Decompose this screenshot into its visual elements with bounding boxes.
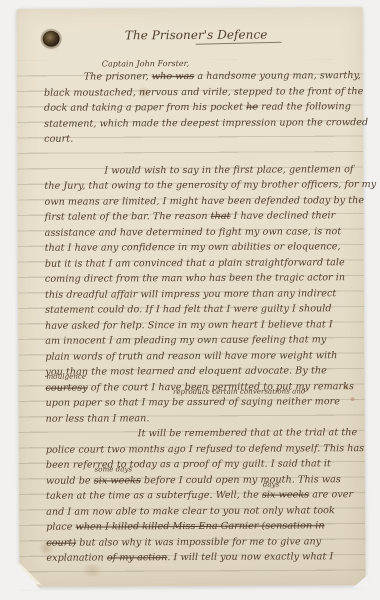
manuscript-line: statement, which made the deepest impres… — [44, 115, 351, 132]
manuscript-line: The prisoner, who was a handsome young m… — [44, 68, 351, 85]
text-segment: statement, which made the deepest impres… — [44, 117, 368, 130]
manuscript-line: upon paper so that I may be assured of s… — [46, 394, 353, 411]
text-segment: police court two months ago I refused to… — [46, 443, 365, 456]
text-segment: first talent of the bar. The reason — [45, 211, 211, 223]
text-segment: this dreadful affair will impress you mo… — [45, 288, 336, 301]
text-segment: assistance and have determined to fight … — [45, 226, 342, 239]
manuscript-body: Captain John Forster,The prisoner, who w… — [44, 57, 354, 566]
struck-text: six weekssome days — [94, 475, 141, 486]
manuscript-line: but it is that I am convinced that a pla… — [45, 255, 352, 272]
text-segment: black moustached, nervous and virile, st… — [44, 86, 363, 99]
manuscript-line: It will be remembered that at the trial … — [46, 425, 353, 442]
text-segment: I would wish to say in the first place, … — [104, 164, 353, 176]
struck-text: of my action — [107, 552, 168, 563]
inserted-text: indulgence — [46, 374, 86, 381]
manuscript-line: been referred to today as a proof of my … — [46, 456, 353, 473]
struck-text: who was — [152, 71, 194, 82]
struck-text: courtesyindulgence — [45, 382, 87, 393]
manuscript-line: coming direct from the man who has been … — [45, 270, 352, 287]
manuscript-line: taken at the time as a subterfuge. Well,… — [46, 487, 353, 504]
manuscript-line: police court two months ago I refused to… — [46, 441, 353, 458]
manuscript-line: and I am now able to make clear to you n… — [46, 503, 353, 520]
text-segment: coming direct from the man who has been … — [45, 272, 345, 285]
manuscript-page: The Prisoner's Defence Captain John Fors… — [16, 7, 365, 587]
text-segment: dock and taking a paper from his pocket — [44, 102, 246, 114]
photo-background: The Prisoner's Defence Captain John Fors… — [0, 0, 380, 600]
manuscript-line: the Jury, that owing to the generosity o… — [44, 177, 351, 194]
manuscript-line: am innocent I am pleading my own cause f… — [45, 332, 352, 349]
text-segment: that I have any confidence in my own abi… — [45, 241, 341, 254]
title-text: The Prisoner's Defence — [123, 28, 272, 44]
corner-tear — [352, 574, 368, 588]
manuscript-line: statement could do. If I had felt that I… — [45, 301, 352, 318]
manuscript-line: you than the most learned and eloquent a… — [45, 363, 352, 380]
inserted-text: reproduce certain conversations and — [173, 388, 306, 396]
text-segment: and I am now able to make clear to you n… — [46, 505, 335, 518]
text-segment: statement could do. If I had felt that I… — [45, 303, 332, 315]
manuscript-line: court) but also why it was impossible fo… — [46, 534, 353, 551]
manuscript-line: this dreadful affair will impress you mo… — [45, 286, 352, 303]
struck-text: he — [246, 102, 258, 113]
text-segment: It will be remembered that at the trial … — [138, 427, 358, 439]
manuscript-content: The Prisoner's Defence Captain John Fors… — [44, 27, 354, 581]
manuscript-line: explanation of my action. I will tell yo… — [46, 549, 353, 566]
struck-text: when I killed killed Miss Ena Garnier (s… — [76, 520, 325, 532]
text-segment: be assured of saying neither morereprodu… — [172, 396, 340, 408]
manuscript-line: that I have any confidence in my own abi… — [45, 239, 352, 256]
manuscript-line: would be six weekssome days before I cou… — [46, 472, 353, 489]
text-segment: but it is that I am convinced that a pla… — [45, 257, 345, 270]
text-segment: court. — [44, 134, 73, 145]
manuscript-line: I would wish to say in the first place, … — [44, 162, 351, 179]
manuscript-title: The Prisoner's Defence — [44, 27, 351, 43]
manuscript-line: black moustached, nervous and virile, st… — [44, 84, 351, 101]
manuscript-line: first talent of the bar. The reason that… — [45, 208, 352, 225]
struck-text: court) — [46, 537, 76, 548]
struck-text: six weeksdays — [262, 489, 309, 500]
struck-text: that — [211, 211, 231, 222]
text-segment: are over — [309, 489, 353, 500]
text-segment: you than the most learned and eloquent a… — [45, 365, 326, 377]
manuscript-line: have asked for help. Since in my own hea… — [45, 317, 352, 334]
text-segment: explanation — [46, 552, 107, 563]
text-segment: would be — [46, 475, 94, 486]
text-segment: plain words of truth and reason will hav… — [45, 350, 337, 363]
manuscript-line: court. — [44, 130, 351, 147]
inserted-text: days — [263, 481, 279, 488]
text-segment: but also why it was impossible for me to… — [76, 536, 321, 548]
inserted-text: some days — [95, 466, 133, 473]
text-segment: Captain John Forster, — [102, 59, 190, 68]
text-segment: nor less than I mean. — [46, 413, 150, 425]
text-segment: I have declined their — [230, 210, 335, 222]
manuscript-line: assistance and have determined to fight … — [45, 224, 352, 241]
text-segment: been referred to today as a proof of my … — [46, 458, 331, 470]
text-segment: upon paper so that I may — [46, 397, 172, 409]
manuscript-line: own means are limited, I might have been… — [44, 193, 351, 210]
text-segment: own means are limited, I might have been… — [44, 195, 364, 208]
text-segment: am innocent I am pleading my own cause f… — [45, 334, 326, 346]
text-segment: have asked for help. Since in my own hea… — [45, 319, 333, 332]
text-segment: read the following — [258, 101, 351, 112]
text-segment: place — [46, 522, 75, 533]
text-segment: a handsome young man, swarthy, — [194, 70, 361, 82]
text-segment: the Jury, that owing to the generosity o… — [44, 179, 376, 192]
manuscript-line: dock and taking a paper from his pocket … — [44, 99, 351, 116]
text-segment: taken at the time as a subterfuge. Well,… — [46, 490, 262, 502]
text-segment: before I could open my mouth. This was — [141, 474, 341, 486]
text-segment: . I will tell you now exactly what I — [167, 551, 333, 563]
text-segment: The prisoner, — [84, 71, 152, 82]
manuscript-line: nor less than I mean. — [46, 410, 353, 427]
manuscript-line: plain words of truth and reason will hav… — [45, 348, 352, 365]
manuscript-line: place when I killed killed Miss Ena Garn… — [46, 518, 353, 535]
